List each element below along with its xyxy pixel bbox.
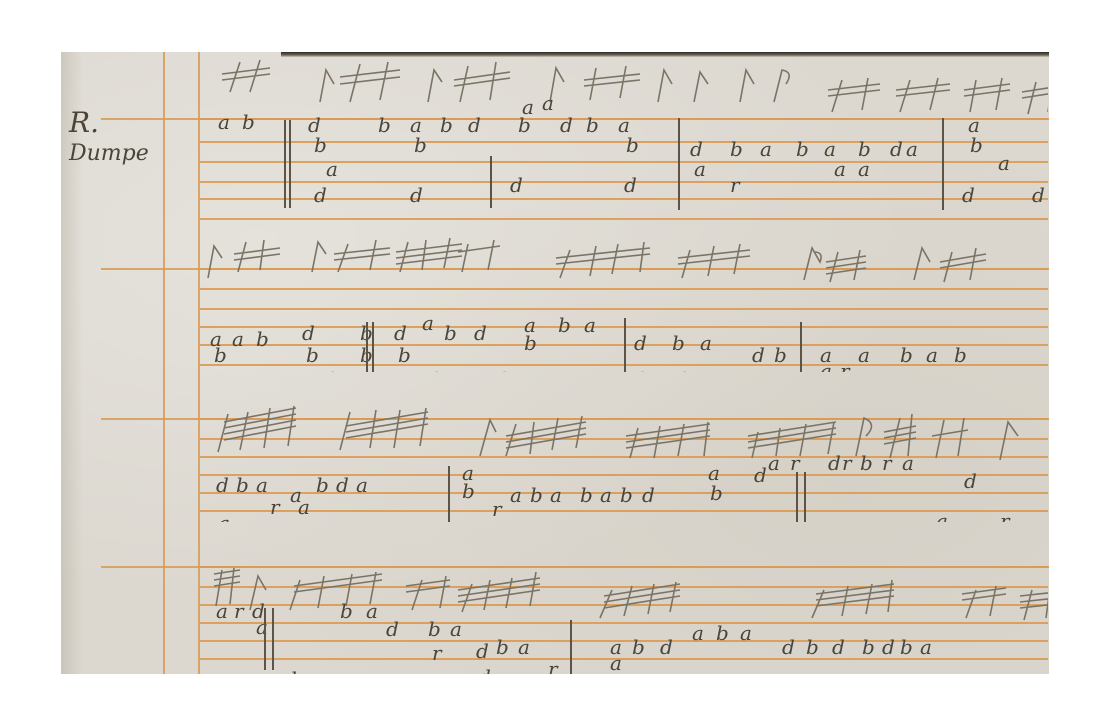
svg-text:b: b	[496, 635, 509, 659]
svg-text:a: a	[364, 671, 376, 674]
svg-text:a: a	[366, 599, 378, 623]
svg-text:d: d	[284, 667, 297, 674]
svg-text:d: d	[476, 639, 489, 663]
svg-text:a: a	[902, 451, 914, 475]
svg-text:a: a	[906, 137, 918, 161]
svg-text:a: a	[256, 473, 268, 497]
svg-text:b: b	[716, 621, 729, 645]
svg-text:a: a	[326, 157, 338, 181]
svg-text:b: b	[242, 110, 255, 134]
svg-text:a: a	[450, 617, 462, 641]
svg-text:a: a	[740, 621, 752, 645]
manuscript-page: R. Dumpe ab dbad	[61, 52, 1049, 674]
svg-text:d: d	[890, 137, 903, 161]
svg-text:d: d	[832, 635, 845, 659]
svg-text:d: d	[386, 617, 399, 641]
svg-text:b: b	[970, 133, 983, 157]
svg-text:d: d	[754, 463, 767, 487]
svg-text:a: a	[692, 621, 704, 645]
svg-text:b: b	[444, 321, 457, 345]
system-4-notation: ardad dbadbaar dbadr abdabaar dbdbdbadr	[200, 500, 1048, 674]
svg-text:b: b	[256, 327, 269, 351]
svg-text:r: r	[882, 451, 893, 475]
svg-text:r: r	[730, 173, 741, 197]
svg-text:a: a	[542, 91, 554, 115]
svg-text:d: d	[782, 635, 795, 659]
svg-text:r: r	[548, 657, 559, 674]
svg-text:b: b	[414, 133, 427, 157]
svg-text:d: d	[624, 173, 637, 197]
svg-text:b: b	[900, 635, 913, 659]
svg-text:d: d	[474, 321, 487, 345]
svg-text:a: a	[218, 110, 230, 134]
system-3-notation: dbaabdaara abrabababdd abd dardrbra dadr	[200, 352, 1048, 522]
svg-text:a: a	[858, 157, 870, 181]
svg-text:b: b	[730, 137, 743, 161]
svg-text:a: a	[256, 615, 268, 639]
svg-text:a: a	[760, 137, 772, 161]
piece-title: R. Dumpe	[69, 106, 149, 166]
svg-text:d: d	[216, 473, 229, 497]
svg-text:a: a	[920, 635, 932, 659]
svg-text:d: d	[478, 665, 491, 674]
svg-text:d: d	[964, 469, 977, 493]
svg-text:r: r	[234, 599, 245, 623]
svg-text:d: d	[882, 635, 895, 659]
svg-text:d: d	[468, 113, 481, 137]
svg-text:b: b	[806, 635, 819, 659]
svg-text:d: d	[336, 473, 349, 497]
svg-text:b: b	[340, 599, 353, 623]
svg-text:a: a	[610, 651, 622, 674]
svg-text:a: a	[998, 151, 1010, 175]
svg-text:a: a	[518, 635, 530, 659]
svg-text:b: b	[314, 133, 327, 157]
svg-text:a: a	[232, 327, 244, 351]
svg-text:a: a	[694, 157, 706, 181]
svg-text:d: d	[828, 451, 841, 475]
svg-text:a: a	[768, 451, 780, 475]
margin-rule-outer	[163, 52, 165, 674]
svg-text:a: a	[216, 599, 228, 623]
system-2-notation: aabb dbad bdabdbbad a abbadbaard dbd aar…	[200, 202, 1048, 372]
title-initial: R.	[69, 106, 149, 139]
svg-text:a: a	[422, 311, 434, 335]
svg-text:d: d	[302, 321, 315, 345]
svg-text:d: d	[832, 671, 845, 674]
svg-text:b: b	[316, 473, 329, 497]
svg-text:b: b	[558, 313, 571, 337]
svg-text:r: r	[432, 641, 443, 665]
svg-text:b: b	[378, 113, 391, 137]
svg-text:r: r	[842, 451, 853, 475]
svg-text:b: b	[632, 635, 645, 659]
svg-text:b: b	[862, 635, 875, 659]
svg-text:d: d	[394, 321, 407, 345]
svg-text:a: a	[584, 313, 596, 337]
svg-text:r: r	[790, 451, 801, 475]
svg-text:b: b	[236, 473, 249, 497]
system-1-notation: ab dbad babbdd abad babd d dabababdaaar …	[200, 52, 1048, 222]
svg-text:d: d	[660, 635, 673, 659]
title-name: Dumpe	[69, 141, 149, 166]
svg-text:b: b	[586, 113, 599, 137]
svg-text:b: b	[440, 113, 453, 137]
svg-text:r: r	[742, 667, 753, 674]
svg-text:b: b	[860, 451, 873, 475]
svg-text:d: d	[510, 173, 523, 197]
svg-text:b: b	[428, 617, 441, 641]
svg-text:a: a	[356, 473, 368, 497]
svg-text:b: b	[518, 113, 531, 137]
svg-text:d: d	[560, 113, 573, 137]
svg-text:b: b	[796, 137, 809, 161]
svg-text:a: a	[834, 157, 846, 181]
svg-text:b: b	[626, 133, 639, 157]
